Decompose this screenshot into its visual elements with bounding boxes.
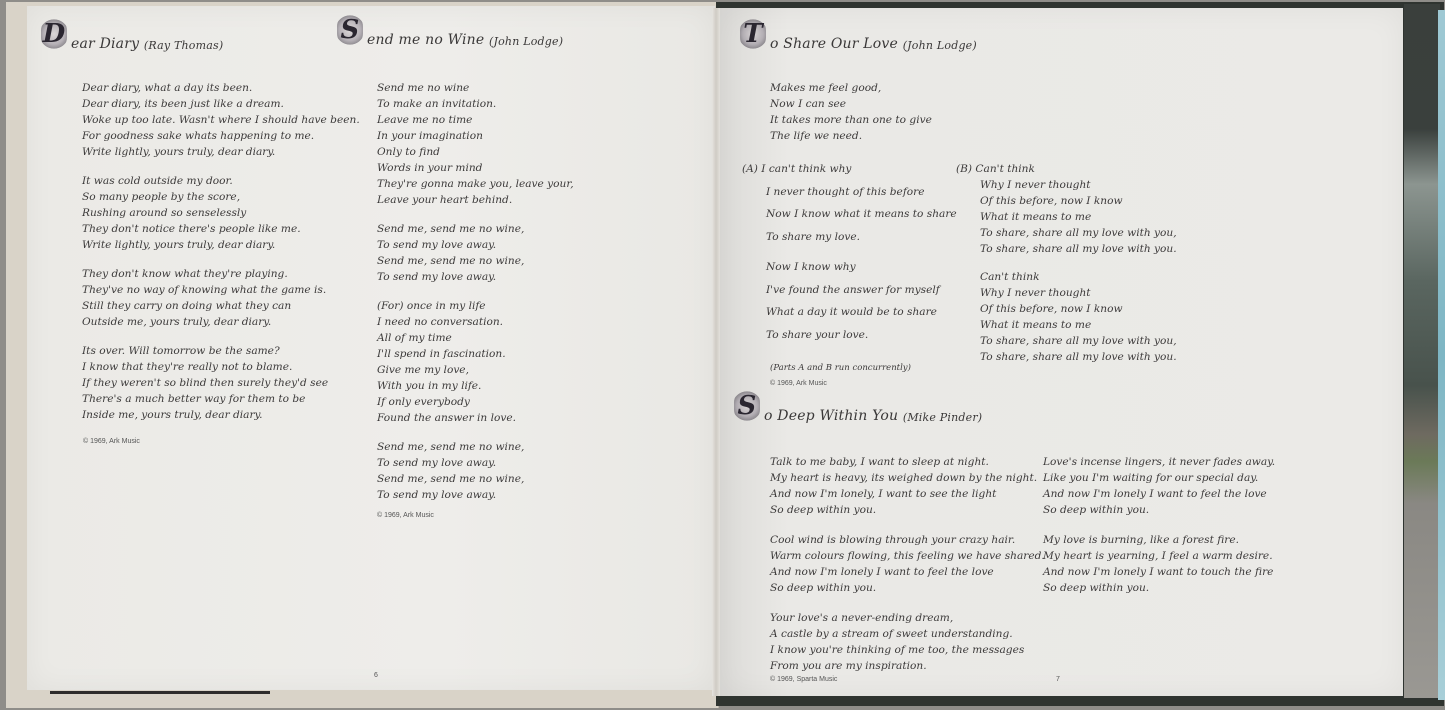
lyric-line: Now I can see (770, 96, 932, 112)
lyric-line: Write lightly, yours truly, dear diary. (82, 144, 360, 160)
ornamental-dropcap-icon: S (732, 388, 762, 424)
part-a-first-line: (A) I can't think why (742, 158, 957, 181)
copyright: © 1969, Ark Music (377, 512, 434, 519)
sleeve-edge (1438, 10, 1445, 700)
lyric-line: With you in my life. (377, 378, 574, 394)
lyric-line: To send my love away. (377, 269, 574, 285)
sleeve-bottom-strip (50, 691, 270, 694)
copyright: © 1969, Ark Music (83, 438, 140, 445)
stanza: Now I know whyI've found the answer for … (742, 256, 957, 346)
lyric-line: What it means to me (956, 209, 1177, 225)
author: (Ray Thomas) (144, 39, 223, 52)
lyric-line: They don't know what they're playing. (82, 266, 360, 282)
lyric-line: The life we need. (770, 128, 932, 144)
lyric-line: Dear diary, what a day its been. (82, 80, 360, 96)
lyric-line: My love is burning, like a forest fire. (1043, 532, 1275, 548)
copyright: © 1969, Ark Music (770, 380, 827, 387)
stanza: (For) once in my lifeI need no conversat… (377, 298, 574, 426)
lyric-line: Send me, send me no wine, (377, 439, 574, 455)
lyric-line: So deep within you. (770, 502, 1045, 518)
author: (John Lodge) (903, 39, 977, 52)
lyric-line: Still they carry on doing what they can (82, 298, 360, 314)
lyric-line: To send my love away. (377, 455, 574, 471)
lyric-line: Found the answer in love. (377, 410, 574, 426)
parts-note: (Parts A and B run concurrently) (770, 360, 911, 376)
lyric-line: If only everybody (377, 394, 574, 410)
lyric-line: Of this before, now I know (956, 301, 1177, 317)
lyric-line: Send me, send me no wine, (377, 471, 574, 487)
lyric-line: Talk to me baby, I want to sleep at nigh… (770, 454, 1045, 470)
lyric-line: Now I know why (742, 256, 957, 279)
stanza: Why I never thoughtOf this before, now I… (956, 177, 1177, 257)
lyric-line: In your imagination (377, 128, 574, 144)
lyric-line: Send me no wine (377, 80, 574, 96)
lyric-line: I know that they're really not to blame. (82, 359, 360, 375)
stanza: Dear diary, what a day its been.Dear dia… (82, 80, 360, 160)
lyric-line: To share, share all my love with you. (956, 349, 1177, 365)
lyric-line: So deep within you. (770, 580, 1045, 596)
lyric-line: Your love's a never-ending dream, (770, 610, 1045, 626)
lyric-line: So many people by the score, (82, 189, 360, 205)
song-title-to-share-our-love: T o Share Our Love (John Lodge) (738, 16, 977, 52)
lyric-line: I know you're thinking of me too, the me… (770, 642, 1045, 658)
lyrics-send-me-no-wine: Send me no wineTo make an invitation.Lea… (377, 80, 574, 516)
stanza: Talk to me baby, I want to sleep at nigh… (770, 454, 1045, 518)
lyric-line: They're gonna make you, leave your, (377, 176, 574, 192)
lyric-line: And now I'm lonely I want to feel the lo… (770, 564, 1045, 580)
lyric-line: Words in your mind (377, 160, 574, 176)
lyric-line: I never thought of this before (742, 181, 957, 204)
lyric-line: Write lightly, yours truly, dear diary. (82, 237, 360, 253)
lyric-line: To share, share all my love with you. (956, 241, 1177, 257)
lyric-line: It takes more than one to give (770, 112, 932, 128)
lyric-line: To share, share all my love with you, (956, 333, 1177, 349)
lyric-line: From you are my inspiration. (770, 658, 1045, 674)
lyric-line: My heart is yearning, I feel a warm desi… (1043, 548, 1275, 564)
lyric-line: Inside me, yours truly, dear diary. (82, 407, 360, 423)
lyric-line: Makes me feel good, (770, 80, 932, 96)
stanza: Send me no wineTo make an invitation.Lea… (377, 80, 574, 208)
lyric-line: Outside me, yours truly, dear diary. (82, 314, 360, 330)
title-text: ear Diary (71, 36, 139, 52)
copyright: © 1969, Sparta Music (770, 676, 837, 683)
lyric-line: A castle by a stream of sweet understand… (770, 626, 1045, 642)
lyric-line: I'll spend in fascination. (377, 346, 574, 362)
lyric-line: Why I never thought (956, 285, 1177, 301)
title-text: o Deep Within You (764, 408, 898, 424)
lyric-line: Now I know what it means to share (742, 203, 957, 226)
cover-photo-edge (1404, 4, 1440, 698)
lyric-line: To share, share all my love with you, (956, 225, 1177, 241)
stanza: Its over. Will tomorrow be the same?I kn… (82, 343, 360, 423)
lyric-line: Why I never thought (956, 177, 1177, 193)
page-number: 6 (374, 672, 378, 679)
lyric-line: What a day it would be to share (742, 301, 957, 324)
author: (Mike Pinder) (903, 411, 982, 424)
lyric-line: For goodness sake whats happening to me. (82, 128, 360, 144)
lyric-line: They don't notice there's people like me… (82, 221, 360, 237)
lyric-line: All of my time (377, 330, 574, 346)
lyric-line: So deep within you. (1043, 580, 1275, 596)
lyrics-dear-diary: Dear diary, what a day its been.Dear dia… (82, 80, 360, 436)
lyric-line: And now I'm lonely, I want to see the li… (770, 486, 1045, 502)
lyric-line: Its over. Will tomorrow be the same? (82, 343, 360, 359)
stanza: Makes me feel good,Now I can seeIt takes… (770, 80, 932, 144)
lyric-line: Dear diary, its been just like a dream. (82, 96, 360, 112)
ornamental-dropcap-icon: S (335, 12, 365, 48)
lyric-line: There's a much better way for them to be (82, 391, 360, 407)
lyric-line: Warm colours flowing, this feeling we ha… (770, 548, 1045, 564)
lyric-line: Cool wind is blowing through your crazy … (770, 532, 1045, 548)
lyric-line: Like you I'm waiting for our special day… (1043, 470, 1275, 486)
lyric-line: Leave me no time (377, 112, 574, 128)
stanza: Can't thinkWhy I never thoughtOf this be… (956, 269, 1177, 365)
stanza: Love's incense lingers, it never fades a… (1043, 454, 1275, 518)
lyrics-col2: Love's incense lingers, it never fades a… (1043, 454, 1275, 610)
lyric-line: So deep within you. (1043, 502, 1275, 518)
song-title-so-deep-within-you: S o Deep Within You (Mike Pinder) (732, 388, 982, 424)
stanza: They don't know what they're playing.The… (82, 266, 360, 330)
title-text: end me no Wine (367, 32, 484, 48)
ornamental-dropcap-icon: D (39, 16, 69, 52)
lyric-line: If they weren't so blind then surely the… (82, 375, 360, 391)
lyric-line: Of this before, now I know (956, 193, 1177, 209)
lyric-line: I need no conversation. (377, 314, 574, 330)
lyric-line: I've found the answer for myself (742, 279, 957, 302)
lyric-line: Woke up too late. Wasn't where I should … (82, 112, 360, 128)
booklet-spine (712, 8, 720, 696)
lyric-line: My heart is heavy, its weighed down by t… (770, 470, 1045, 486)
lyric-line: It was cold outside my door. (82, 173, 360, 189)
lyric-line: (For) once in my life (377, 298, 574, 314)
lyrics-part-b: (B) Can't thinkWhy I never thoughtOf thi… (956, 161, 1177, 377)
lyric-line: Give me my love, (377, 362, 574, 378)
lyric-line: To make an invitation. (377, 96, 574, 112)
stanza: I never thought of this beforeNow I know… (742, 181, 957, 249)
lyric-line: Send me, send me no wine, (377, 221, 574, 237)
stanza: Send me, send me no wine,To send my love… (377, 439, 574, 503)
stanza: Send me, send me no wine,To send my love… (377, 221, 574, 285)
lyrics-col1: Talk to me baby, I want to sleep at nigh… (770, 454, 1045, 688)
lyric-line: And now I'm lonely I want to touch the f… (1043, 564, 1275, 580)
lyric-line: To send my love away. (377, 487, 574, 503)
lyrics-part-a: (A) I can't think whyI never thought of … (742, 158, 957, 354)
lyrics-intro: Makes me feel good,Now I can seeIt takes… (770, 80, 932, 157)
stanza: My love is burning, like a forest fire.M… (1043, 532, 1275, 596)
song-title-dear-diary: D ear Diary (Ray Thomas) (39, 16, 223, 52)
lyric-line: To share my love. (742, 226, 957, 249)
page-number: 7 (1056, 676, 1060, 683)
lyric-line: They've no way of knowing what the game … (82, 282, 360, 298)
lyric-line: Rushing around so senselessly (82, 205, 360, 221)
ornamental-dropcap-icon: T (738, 16, 768, 52)
stanza: Your love's a never-ending dream,A castl… (770, 610, 1045, 674)
author: (John Lodge) (489, 35, 563, 48)
page-7: T o Share Our Love (John Lodge) Makes me… (720, 8, 1403, 696)
song-title-send-me-no-wine: S end me no Wine (John Lodge) (335, 12, 563, 48)
lyric-line: Leave your heart behind. (377, 192, 574, 208)
stanza: Cool wind is blowing through your crazy … (770, 532, 1045, 596)
lyric-line: Can't think (956, 269, 1177, 285)
lyric-line: Love's incense lingers, it never fades a… (1043, 454, 1275, 470)
lyric-line: To share your love. (742, 324, 957, 347)
lyric-line: And now I'm lonely I want to feel the lo… (1043, 486, 1275, 502)
page-6: D ear Diary (Ray Thomas) Dear diary, wha… (27, 6, 715, 690)
stanza: It was cold outside my door.So many peop… (82, 173, 360, 253)
lyric-line: To send my love away. (377, 237, 574, 253)
part-b-first-line: (B) Can't think (956, 161, 1177, 177)
title-text: o Share Our Love (770, 36, 898, 52)
lyric-line: Send me, send me no wine, (377, 253, 574, 269)
lyric-line: What it means to me (956, 317, 1177, 333)
lyric-line: Only to find (377, 144, 574, 160)
